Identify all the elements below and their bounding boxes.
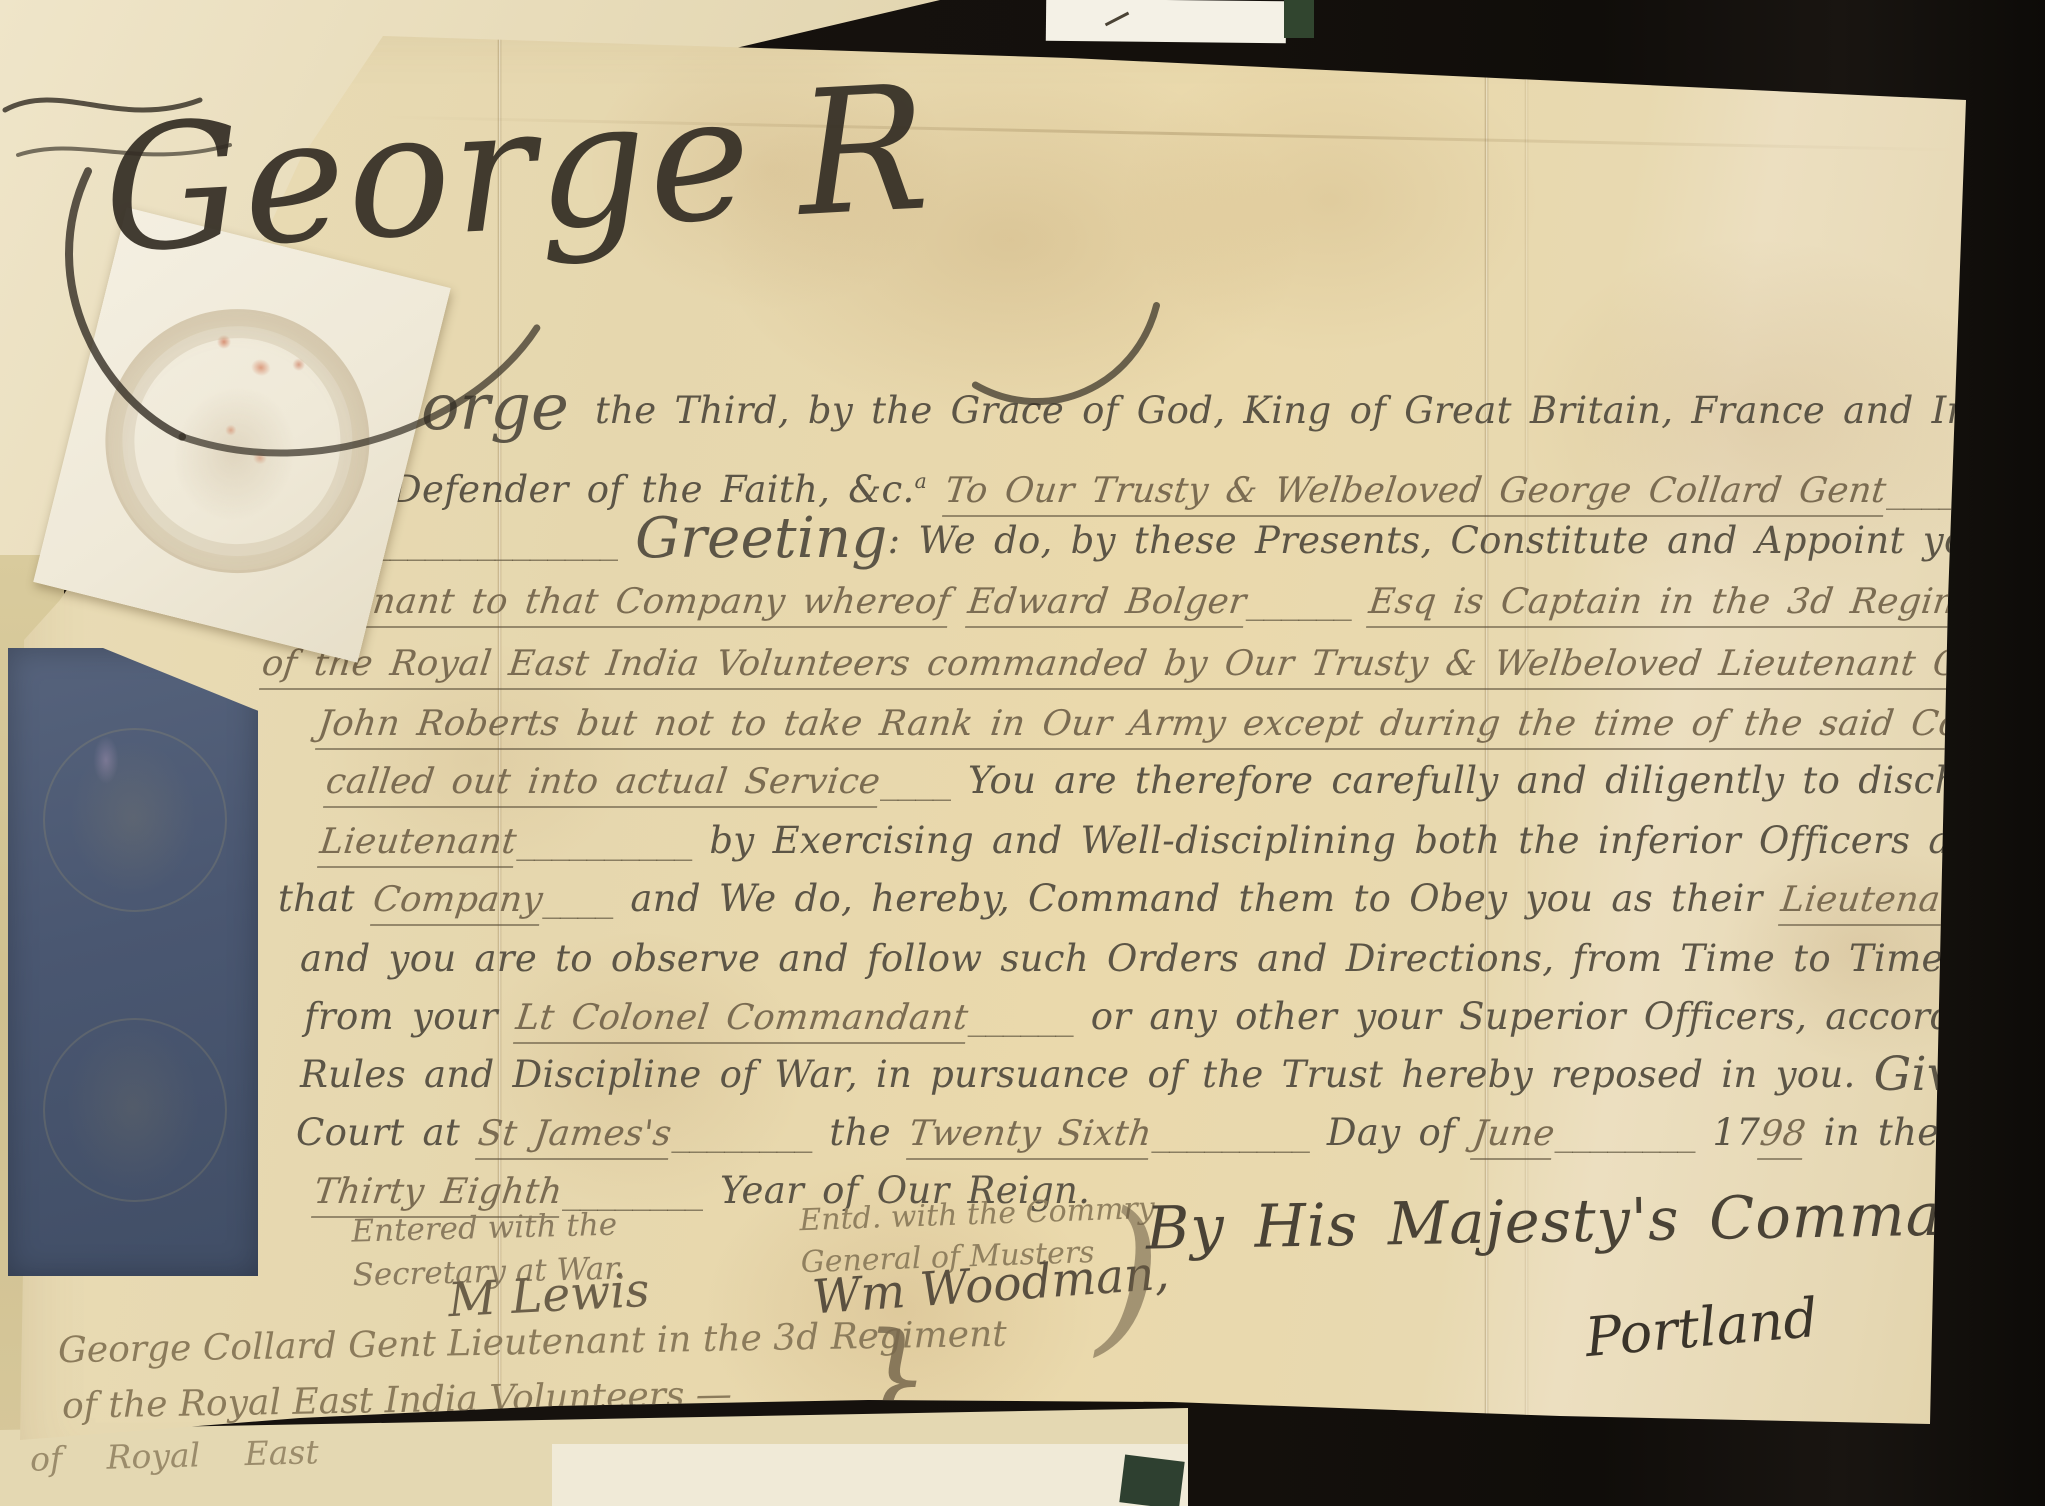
engrossed-text: Rules and Discipline of War, in pursuanc… [300,1053,1874,1096]
engrossed-text: 17 [1694,1111,1760,1154]
engrossed-text [617,519,635,562]
document-line: of the Royal East India Volunteers comma… [262,640,2045,690]
document-line: from your Lt Colonel Commandant______ or… [304,994,2045,1044]
engrossed-text [950,579,968,622]
engrossed-text: from your [304,995,516,1038]
engrossed-text: _________ [1151,1110,1309,1153]
engrossed-text: __________ [516,818,691,861]
engrossed-text: a [915,469,927,493]
engrossed-text: Given at Our [1874,1047,2045,1102]
document-line: Court at St James's________ the Twenty S… [296,1110,1939,1160]
manuscript-text: Company [370,877,545,926]
war-office-line1: Entered with the [351,1202,625,1253]
manuscript-text: Edward Bolger [965,579,1249,628]
document-line: and you are to observe and follow such O… [300,936,2045,982]
engrossed-text: and We do, hereby, Command them to Obey … [612,877,1780,920]
manuscript-text: Lieutenant [317,819,519,868]
document-line: that Company____ and We do, hereby, Comm… [278,876,2045,926]
engrossed-text: Greeting [635,506,888,571]
book-edge-sliver-top [1284,0,1314,38]
engrossed-text: Court at [296,1111,478,1154]
manuscript-text: 98 [1757,1111,1808,1160]
engrossed-text: ____ [880,758,950,801]
engrossed-text: ______ [968,994,1073,1037]
document-line: Lieutenant__________ by Exercising and W… [320,818,2045,868]
engrossed-text: ________ [1554,1110,1694,1153]
stamp-emboss-ring [43,728,227,912]
engrossed-text: ____ [542,876,612,919]
engrossed-text: You are therefore carefully and diligent… [950,759,2045,802]
george-text: George [99,57,757,292]
manuscript-text: June [1470,1111,1557,1160]
engrossed-text: and you are to observe and follow such O… [300,937,2045,980]
manuscript-text: Lt Colonel Commandant [513,995,971,1044]
stamp-emboss-ring [43,1018,227,1202]
book-edge-sliver-bottom [1119,1455,1184,1506]
manuscript-text: Lieutenant [1778,877,1980,926]
engrossed-text: : We do, by these Presents, Constitute a… [888,519,2045,562]
r-text: R [793,47,935,255]
manuscript-text: Twenty Sixth [906,1111,1154,1160]
engrossed-text: that [278,877,373,920]
manuscript-text: called out into actual Service [323,759,883,808]
engrossed-text [1351,579,1369,622]
blue-duty-stamp [8,648,258,1276]
manuscript-text: St James's [475,1111,674,1160]
engrossed-text: by Exercising and Well-disciplining both… [691,819,2045,862]
engrossed-text: the [811,1111,909,1154]
scanned-commission-document: George the Third, by the Grace of God, K… [0,0,2045,1506]
pen-mark [1105,12,1129,27]
under-paper-bottom-light [552,1444,1188,1506]
document-line: John Roberts but not to take Rank in Our… [318,700,2045,750]
manuscript-text: of the Royal East India Volunteers comma… [259,641,2045,690]
under-sheet-note: of Royal East [30,1432,320,1479]
engrossed-text: _____ [1977,876,2045,919]
engrossed-text: Day of [1309,1111,1473,1154]
manuscript-text: John Roberts but not to take Rank in Our… [315,701,2045,750]
document-line: Rules and Discipline of War, in pursuanc… [300,1052,2045,1098]
engrossed-text: ______ [1246,578,1351,621]
document-line: __________________ Greeting: We do, by t… [302,518,2045,564]
royal-sign-manual: GeorgeR [38,21,1257,483]
engrossed-text: or any other your Superior Officers, acc… [1073,995,2045,1038]
document-line: called out into actual Service____ You a… [326,758,2045,808]
manuscript-text: To Our Trusty & Welbeloved George Collar… [942,468,1889,517]
war-office-signature: M Lewis [447,1263,651,1328]
manuscript-text: Esq is Captain in the 3d Regiment [1366,579,2028,628]
engrossed-text: in the [1806,1111,1940,1154]
engrossed-text: Defender of the Faith, &c. [392,468,915,511]
engrossed-text: ________________ [1886,467,2045,510]
document-line: Lieutenant to that Company whereof Edwar… [258,578,2025,628]
engrossed-text [927,468,945,511]
engrossed-text: ________ [671,1110,811,1153]
